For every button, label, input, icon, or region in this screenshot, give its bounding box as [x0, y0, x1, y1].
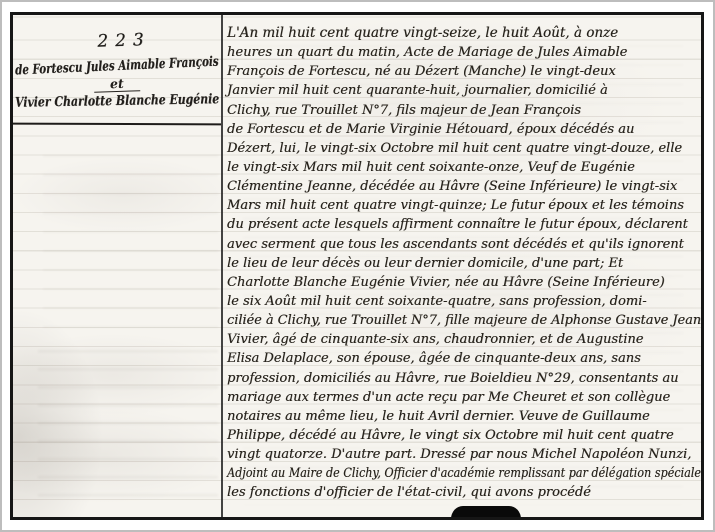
- binding-shadow: [451, 506, 521, 520]
- manuscript-line: le six Août mil huit cent soixante-quatr…: [227, 292, 701, 311]
- manuscript-line: L'An mil huit cent quatre vingt-seize, l…: [227, 24, 701, 43]
- margin-annotation: 223 de Fortescu Jules Aimable François e…: [15, 31, 219, 109]
- manuscript-body: L'An mil huit cent quatre vingt-seize, l…: [227, 24, 701, 503]
- bleed-through-artifact: [43, 155, 218, 335]
- manuscript-line: heures un quart du matin, Acte de Mariag…: [227, 43, 701, 62]
- manuscript-line: Adjoint au Maire de Clichy, Officier d'a…: [227, 464, 635, 483]
- manuscript-line: avec serment que tous les ascendants son…: [227, 235, 701, 254]
- manuscript-line: Janvier mil huit cent quarante-huit, jou…: [227, 81, 701, 100]
- margin-groom-name: de Fortescu Jules Aimable François: [15, 54, 220, 79]
- manuscript-line: profession, domiciliés au Hâvre, rue Boi…: [227, 369, 701, 388]
- bleed-through-artifact: [38, 350, 218, 510]
- manuscript-line: ciliée à Clichy, rue Trouillet N°7, fill…: [227, 311, 696, 330]
- scan-frame: 223 de Fortescu Jules Aimable François e…: [0, 0, 715, 532]
- manuscript-line: vingt quatorze. D'autre part. Dressé par…: [227, 445, 701, 464]
- manuscript-line: mariage aux termes d'un acte reçu par Me…: [227, 388, 701, 407]
- record-number: 223: [15, 27, 220, 54]
- margin-conjunction: et: [15, 76, 219, 92]
- manuscript-line: Elisa Delaplace, son épouse, âgée de cin…: [227, 349, 701, 368]
- manuscript-line: Mars mil huit cent quatre vingt-quinze; …: [227, 196, 701, 215]
- registry-page: 223 de Fortescu Jules Aimable François e…: [10, 12, 704, 520]
- manuscript-line: Dézert, lui, le vingt-six Octobre mil hu…: [227, 139, 701, 158]
- manuscript-line: le vingt-six Mars mil huit cent soixante…: [227, 158, 701, 177]
- manuscript-line: Vivier, âgé de cinquante-six ans, chaudr…: [227, 330, 701, 349]
- margin-bride-name-text: Vivier Charlotte Blanche Eugénie: [15, 92, 180, 111]
- manuscript-line: les fonctions d'officier de l'état-civil…: [227, 483, 701, 502]
- manuscript-line: François de Fortescu, né au Dézert (Manc…: [227, 62, 701, 81]
- manuscript-line: Clichy, rue Trouillet N°7, fils majeur d…: [227, 101, 701, 120]
- manuscript-line: notaires au même lieu, le huit Avril der…: [227, 407, 701, 426]
- manuscript-line: Philippe, décédé au Hâvre, le vingt six …: [227, 426, 701, 445]
- column-divider-rule: [221, 15, 223, 517]
- margin-conjunction-text: et: [94, 76, 140, 93]
- manuscript-line: le lieu de leur décès ou leur dernier do…: [227, 254, 701, 273]
- margin-underline: [13, 123, 221, 126]
- manuscript-line: Charlotte Blanche Eugénie Vivier, née au…: [227, 273, 701, 292]
- manuscript-line: de Fortescu et de Marie Virginie Hétouar…: [227, 120, 701, 139]
- margin-bride-name: Vivier Charlotte Blanche Eugénie: [15, 91, 219, 111]
- manuscript-line: du présent acte lesquels affirment conna…: [227, 215, 701, 234]
- manuscript-line: Clémentine Jeanne, décédée au Hâvre (Sei…: [227, 177, 701, 196]
